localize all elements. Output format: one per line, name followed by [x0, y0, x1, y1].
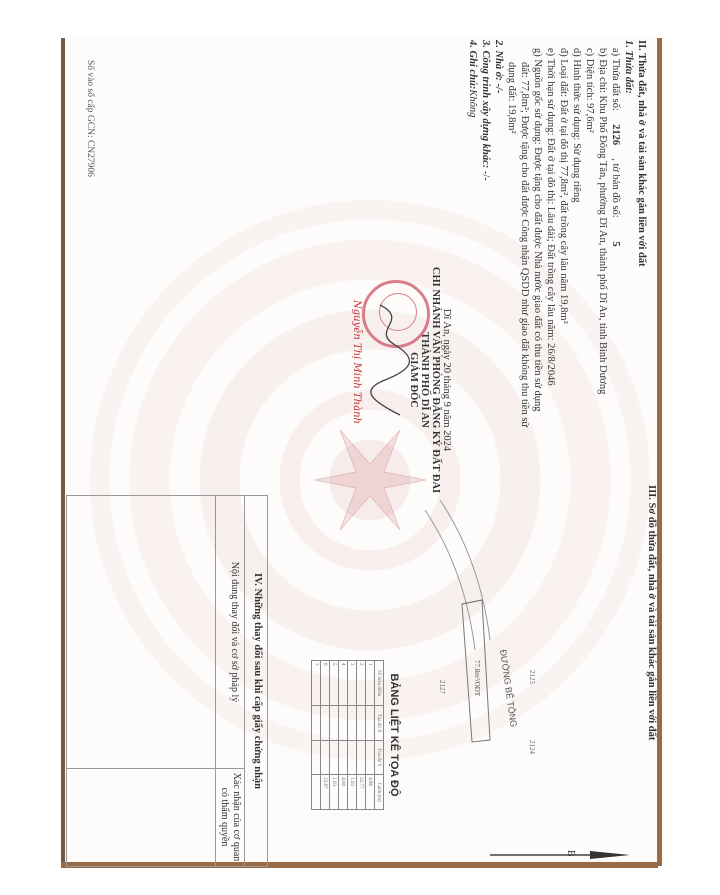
coordinate-cell	[312, 740, 321, 774]
coordinate-cell	[339, 706, 348, 741]
map-sheet-label: , tờ bản đồ số:	[610, 158, 621, 218]
address: b) Địa chỉ: Khu Phố Đông Tân, phường Dĩ …	[596, 40, 609, 427]
neighbor-parcel-2125: 2125	[528, 670, 536, 685]
certificate-page: II. Thửa đất, nhà ở và tài sản khác gắn …	[0, 0, 720, 895]
notes-label: 4. Ghi chú:	[467, 40, 478, 89]
registry-number: Số vào sổ cấp GCN: CN27906	[85, 60, 95, 177]
issue-date: Dĩ An, ngày 20 tháng 9 năm 2024	[441, 250, 452, 510]
coordinate-cell	[366, 706, 375, 741]
coordinate-grid: Số hiệu điểmTọa độ XTọa độ YCạnh (m)14.8…	[311, 660, 384, 810]
coordinate-header: Tọa độ X	[375, 706, 384, 741]
coordinate-cell	[366, 740, 375, 774]
coordinate-cell: 5	[330, 661, 339, 706]
page-edge	[657, 38, 662, 866]
coordinate-cell	[312, 706, 321, 741]
usage-term: e) Thời hạn sử dụng: Đất ở tại đô thị: L…	[544, 40, 557, 427]
section3-title: III. Sơ đồ thửa đất, nhà ở và tài sản kh…	[645, 485, 658, 740]
other-construction: 3. Công trình xây dựng khác: -/-	[479, 40, 492, 427]
coordinate-row: 31.93	[348, 661, 357, 810]
section-land-parcel: II. Thửa đất, nhà ở và tài sản khác gắn …	[466, 40, 648, 427]
coordinate-row: 51.93	[330, 661, 339, 810]
coordinate-cell: 4.00	[339, 775, 348, 810]
house-item: 2. Nhà ở: -/-	[492, 40, 505, 427]
coordinate-table: BẢNG LIỆT KÊ TỌA ĐỘ Số hiệu điểmTọa độ X…	[311, 660, 400, 810]
north-label: B	[565, 850, 576, 857]
coordinate-cell: 1	[366, 661, 375, 706]
column-divider	[67, 768, 245, 769]
changes-column-header: Nội dung thay đổi và cơ sở pháp lý	[229, 496, 240, 768]
coordinate-cell	[321, 740, 330, 774]
usage-form: d) Hình thức sử dụng: Sử dụng riêng	[570, 40, 583, 427]
coordinate-cell: 4.86	[366, 775, 375, 810]
area: c) Diện tích: 97,6m²	[583, 40, 596, 427]
map-sheet-number: 5	[610, 241, 621, 246]
coordinate-header: Cạnh (m)	[375, 775, 384, 810]
section4-header: Nội dung thay đổi và cơ sở pháp lý Xác n…	[215, 496, 245, 866]
coordinate-cell	[312, 775, 321, 810]
coordinate-row: 222.77	[357, 661, 366, 810]
neighbor-parcel-2124: 2124	[528, 740, 536, 755]
coordinate-row: 44.00	[339, 661, 348, 810]
parcel-diagram: ĐƯỜNG BÊ TÔNG 77.8m²/ODT 2125 2124 2127	[380, 480, 600, 780]
issuing-city: THÀNH PHỐ DĨ AN	[419, 250, 430, 510]
coordinate-table-title: BẢNG LIỆT KÊ TỌA ĐỘ	[388, 660, 400, 810]
coordinate-cell	[330, 706, 339, 741]
land-type: đ) Loại đất: Đất ở tại đô thị 77,8m², đấ…	[557, 40, 570, 427]
section2-title: II. Thửa đất, nhà ở và tài sản khác gắn …	[635, 40, 648, 427]
coordinate-cell	[330, 740, 339, 774]
coordinate-cell	[321, 706, 330, 741]
coordinate-cell	[348, 706, 357, 741]
coordinate-cell: 3	[348, 661, 357, 706]
coordinate-cell	[348, 740, 357, 774]
neighbor-parcel-2127: 2127	[438, 680, 446, 695]
notes: 4. Ghi chú:Không	[466, 40, 479, 427]
parcel-heading: 1. Thửa đất:	[622, 40, 635, 427]
coordinate-cell: 7	[312, 661, 321, 706]
coordinate-row: 7	[312, 661, 321, 810]
other-construction-label: 3. Công trình xây dựng khác:	[480, 40, 491, 168]
coordinate-cell: 1.93	[348, 775, 357, 810]
road-label: ĐƯỜNG BÊ TÔNG	[498, 649, 519, 728]
notes-value: Không	[467, 89, 478, 117]
coordinate-cell	[357, 740, 366, 774]
parcel-number-line: a) Thửa đất số: 2126 , tờ bản đồ số: 5	[609, 40, 622, 427]
coordinate-row: 14.86	[366, 661, 375, 810]
coordinate-header: Tọa độ Y	[375, 740, 384, 774]
issuing-office: CHI NHÁNH VĂN PHÒNG ĐĂNG KÝ ĐẤT ĐAI	[430, 250, 441, 510]
land-origin-cont: đất: 77,8m²; Được tặng cho đất được Công…	[518, 40, 531, 427]
coordinate-cell: 22.77	[357, 775, 366, 810]
coordinate-cell	[357, 706, 366, 741]
other-construction-value: -/-	[480, 168, 491, 181]
north-arrow-icon: B	[490, 840, 630, 870]
coordinate-header: Số hiệu điểm	[375, 661, 384, 706]
section-changes: IV. Những thay đổi sau khi cấp giấy chứn…	[66, 495, 268, 867]
section4-title: IV. Những thay đổi sau khi cấp giấy chứn…	[252, 496, 263, 866]
coordinate-cell: 6	[321, 661, 330, 706]
coordinate-cell: 1.93	[330, 775, 339, 810]
authority-column-header: Xác nhận của cơ quan có thẩm quyền	[218, 768, 242, 866]
coordinate-cell: 2	[357, 661, 366, 706]
parcel-label: a) Thửa đất số:	[610, 48, 621, 111]
coordinate-cell: 22.87	[321, 775, 330, 810]
page-edge	[61, 38, 65, 866]
land-origin: g) Nguồn gốc sử dụng: Được tặng cho đất …	[531, 40, 544, 427]
coordinate-cell	[339, 740, 348, 774]
signer-name: Nguyễn Thị Minh Thành	[351, 300, 362, 424]
coordinate-cell: 4	[339, 661, 348, 706]
signature-icon	[360, 300, 420, 420]
parcel-number: 2126	[610, 124, 621, 145]
subject-area-label: 77.8m²/ODT	[473, 660, 481, 697]
coordinate-row: 622.87	[321, 661, 330, 810]
land-origin-cont: dụng đất: 19,8m²	[505, 40, 518, 427]
